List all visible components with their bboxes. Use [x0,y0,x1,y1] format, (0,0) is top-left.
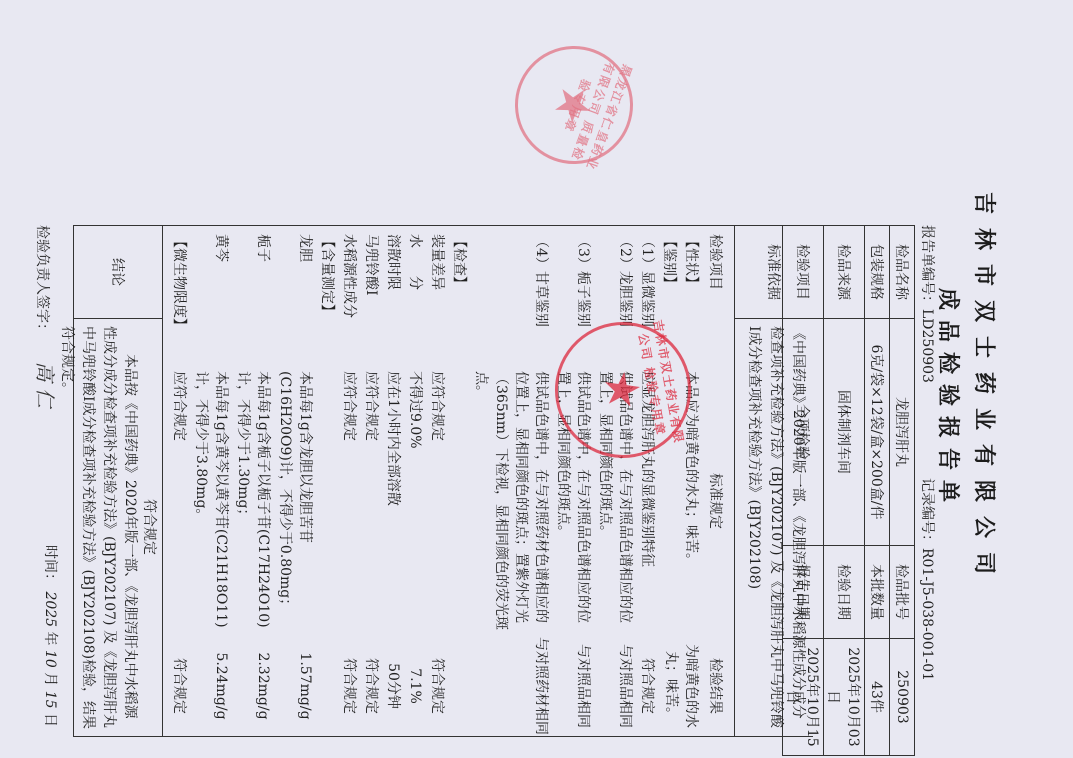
row-standard: 本品每1g含栀子以栀子苷(C17H24O10)计，不得少于1.30mg； [233,371,273,631]
row-result: 符合规定 [169,636,189,736]
conclusion-text: 本品按《中国药典》2020年版一部、《龙胆泻肝丸中水稻源性成分成分检查项补充检验… [56,326,140,731]
row-result: 符合规定 [427,636,447,736]
row-item: （4）甘草鉴别 [531,234,551,369]
row-result: 符合规定 [361,636,381,736]
row-standard: 本品每1g含黄芩以黄芩苷(C21H18O11)计，不得少于3.80mg。 [191,371,231,631]
record-number: 记录编号：R01-J5-038-001-01 [918,478,938,681]
row-standard: 应符合规定 [339,371,359,631]
row-result: 50分钟 [383,636,403,736]
row-item: 【微生物限度】 [169,234,189,369]
inspect-date: 2025年10月03日 [824,639,865,756]
row-standard: 应符合规定 [169,371,189,631]
row-standard: 应符合规定 [427,371,447,631]
row-item: 栀子 [253,234,273,369]
row-standard: 供试品色谱中，在与对照药材色谱相应的位置上，显相同颜色的斑点；置紫外灯光（365… [471,371,551,631]
inspect-date-label: 检验日期 [824,546,865,639]
row-item: 溶散时限 [383,234,403,369]
row-standard: 应符合规定 [361,371,381,631]
package-label: 包装规格 [865,226,890,319]
row-item: 水稻源性成分 [339,234,359,369]
row-result: 为暗黄色的水丸；味苦。 [661,636,701,736]
conclusion: 结论 符合规定 本品按《中国药典》2020年版一部、《龙胆泻肝丸中水稻源性成分成… [73,225,163,737]
inspection-items: 检验项目 标准规定 检验结果 【性状】本品应为暗黄色的水丸；味苦。为暗黄色的水丸… [163,225,735,737]
standard-basis: 标准依据 《中国药典》2020年版一部、《龙胆泻肝丸中水稻源性成分成分检查项补充… [734,225,813,737]
row-item: 装量差异 [427,234,447,369]
inspection-report-page: 吉林市双士药业有限公司 成品检验报告单 报告单编号：LD250903 记录编号：… [0,0,1073,758]
signature-date: 时间： 2025 年 10 月 15 日 [41,545,61,727]
signature-line: 检验负责人签字： 高 仁 时间： 2025 年 10 月 15 日 [32,225,61,735]
standard-basis-text: 《中国药典》2020年版一部、《龙胆泻肝丸中水稻源性成分成分检查项补充检验方法》… [743,326,809,731]
row-item: 马兜铃酸Ⅰ [361,234,381,369]
signature: 高 仁 [33,361,57,407]
source-label: 检品来源 [824,226,865,319]
row-standard: 应在1小时内全部溶散 [383,371,403,631]
row-item: 龙胆 [295,234,315,369]
product-name: 龙胆泻肝丸 [890,319,915,546]
second-seal: 黑龙江省仁皇药业有限公司 质量检验专用章 ★ [498,29,649,180]
row-result: 符合规定 [339,636,359,736]
row-result: 与对照品相同 [615,636,635,736]
row-result: 2.32mg/g [253,636,273,736]
row-result: 5.24mg/g [211,636,231,736]
row-standard: 本品每1g含龙胆以龙胆苦苷(C16H20O9)计，不得少于0.80mg； [275,371,315,631]
row-item: 【检查】 [449,234,469,369]
row-result: 1.57mg/g [295,636,315,736]
row-result: 与对照品相同 [573,636,593,736]
company-name: 吉林市双士药业有限公司 [970,180,1001,600]
row-item: 黄芩 [211,234,231,369]
batch-no-label: 检品批号 [890,546,915,639]
row-result: 符合规定 [637,636,657,736]
report-title: 成品检验报告单 [934,250,965,550]
column-header-item: 检验项目 [705,234,725,369]
product-name-label: 检品名称 [890,226,915,319]
quantity-label: 本批数量 [865,546,890,639]
batch-no: 250903 [890,639,915,756]
package-spec: 6克/袋×12袋/盒×200盒/件 [865,319,890,546]
row-result: 7.1% [405,636,425,736]
source: 固体制剂车间 [824,319,865,546]
conclusion-label: 结论 [74,226,162,319]
standard-basis-label: 标准依据 [735,226,813,319]
row-result: 与对照药材相同 [531,636,551,736]
row-item: 【性状】 [681,234,701,369]
conclusion-result: 符合规定 [140,322,160,732]
signature-label: 检验负责人签字： [34,225,50,337]
row-item: 水 分 [405,234,425,369]
column-header-result: 检验结果 [705,636,725,736]
column-header-standard: 标准规定 [705,371,725,631]
row-standard: 不得过9.0% [405,371,425,631]
quantity: 43件 [865,639,890,756]
row-item: 【含量测定】 [317,234,337,369]
report-number: 报告单编号：LD250903 [918,225,938,383]
